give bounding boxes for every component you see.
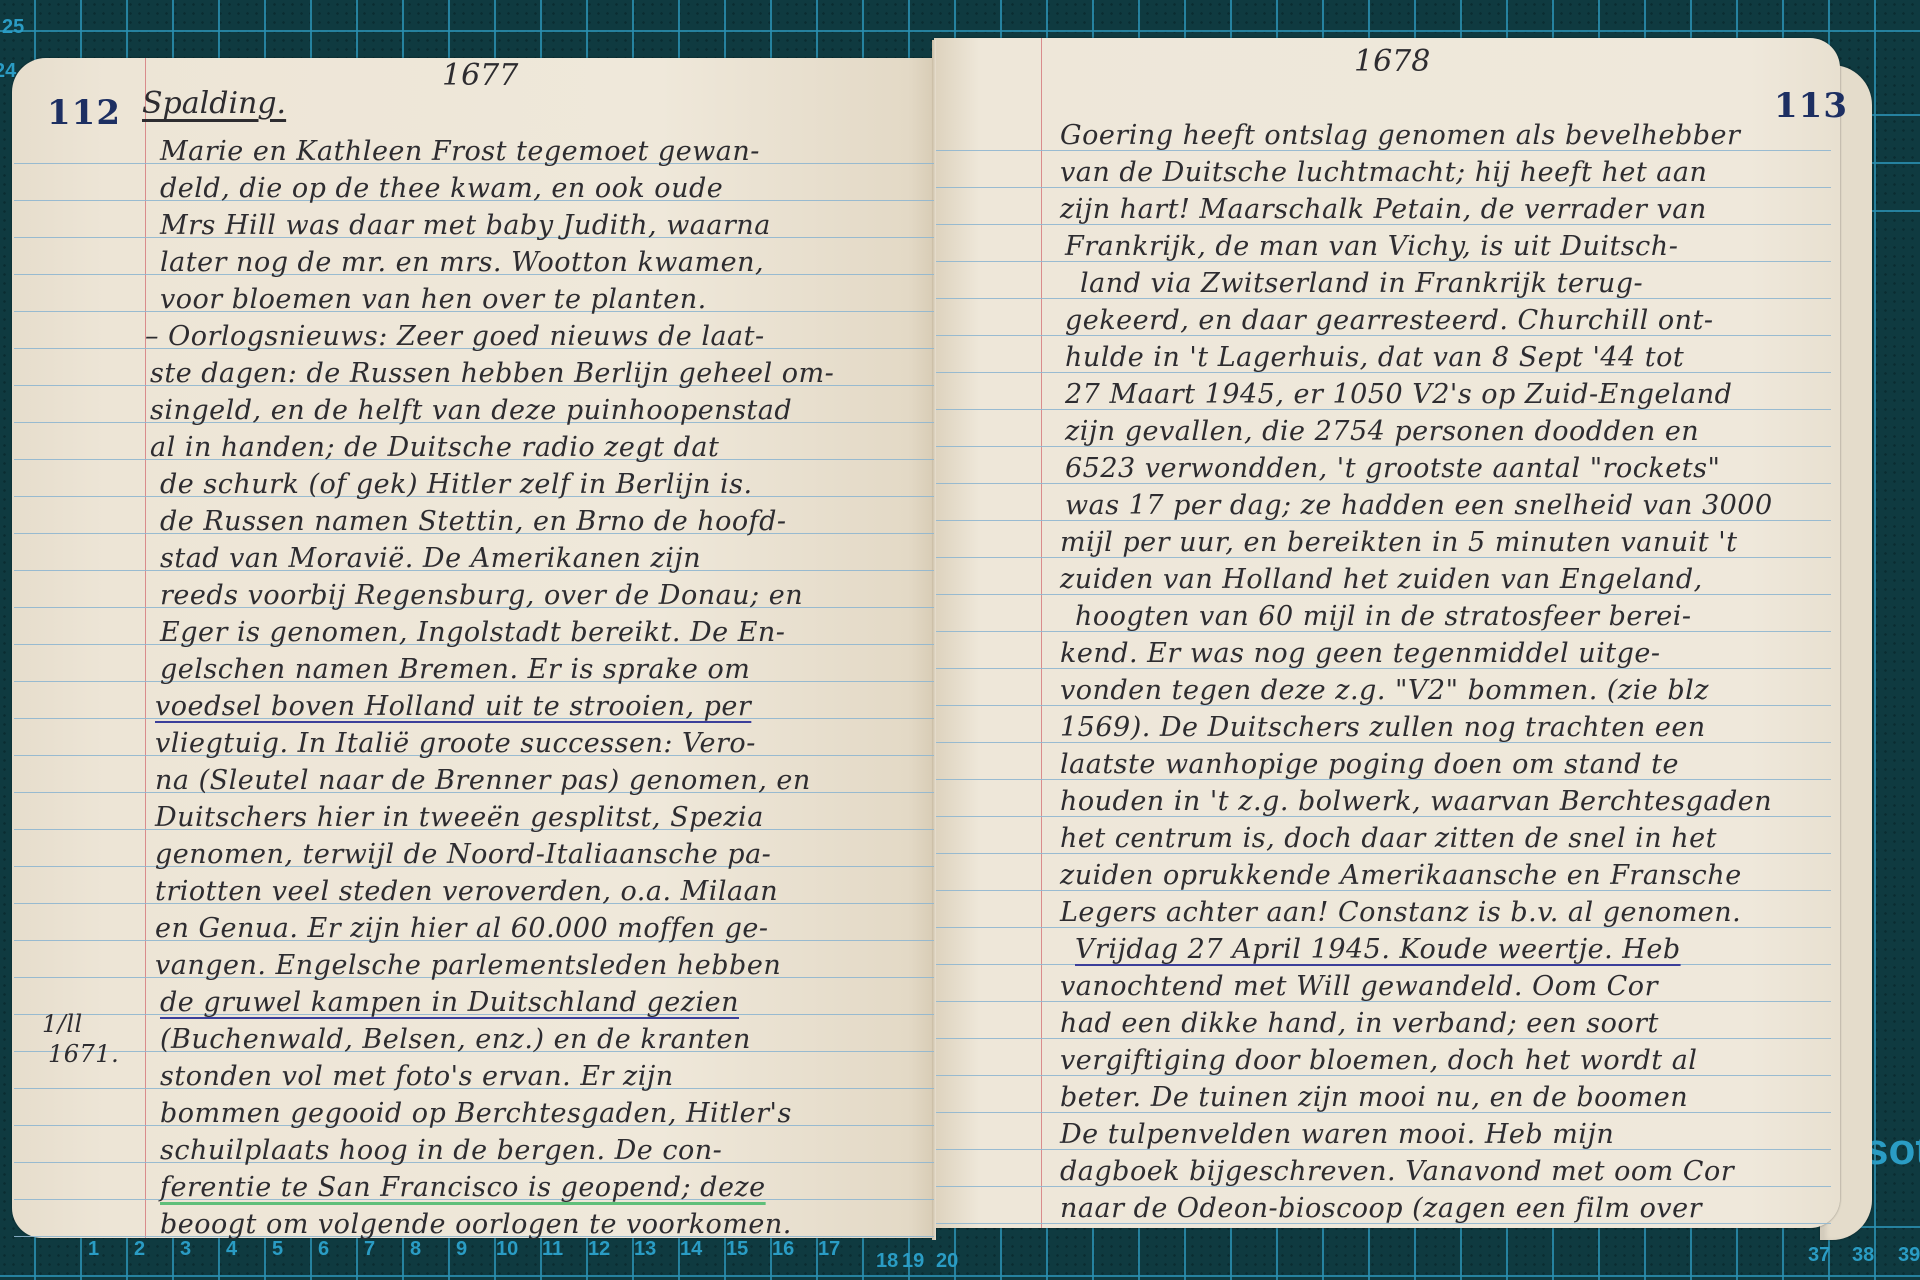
text-line: beoogt om volgende oorlogen te voorkomen… — [160, 1209, 792, 1240]
text-line: was 17 per dag; ze hadden een snelheid v… — [1065, 490, 1773, 521]
mat-grid-line — [1870, 210, 1920, 212]
page-number: 113 — [1774, 86, 1848, 126]
margin-note: 1671. — [48, 1040, 119, 1068]
mat-grid-line — [1874, 0, 1876, 1280]
folio-number: 1678 — [1354, 44, 1430, 79]
text-line: Marie en Kathleen Frost tegemoet gewan- — [160, 136, 760, 167]
ruler-label: 11 — [542, 1238, 563, 1261]
text-line: Legers achter aan! Constanz is b.v. al g… — [1060, 897, 1741, 928]
ruler-label: 13 — [634, 1238, 656, 1261]
text-line: dagboek bijgeschreven. Vanavond met oom … — [1060, 1156, 1734, 1187]
text-line: genomen, terwijl de Noord-Italiaansche p… — [155, 839, 771, 870]
text-line: vangen. Engelsche parlementsleden hebben — [155, 950, 781, 981]
text-line: Goering heeft ontslag genomen als bevelh… — [1060, 120, 1740, 151]
mat-grid-line — [1870, 114, 1920, 116]
mat-grid-line — [1860, 1226, 1920, 1228]
ruler-label: 37 — [1808, 1244, 1830, 1267]
text-line: en Genua. Er zijn hier al 60.000 moffen … — [155, 913, 768, 944]
text-line: vanochtend met Will gewandeld. Oom Cor — [1060, 971, 1658, 1002]
ruler-label: 1 — [88, 1238, 99, 1261]
text-line: zijn hart! Maarschalk Petain, de verrade… — [1060, 194, 1707, 225]
text-line: vergiftiging door bloemen, doch het word… — [1060, 1045, 1697, 1076]
text-line: mijl per uur, en bereikten in 5 minuten … — [1060, 527, 1738, 558]
text-line: zijn gevallen, die 2754 personen doodden… — [1065, 416, 1699, 447]
page-heading: Spalding. — [142, 86, 286, 121]
text-line: (Buchenwald, Belsen, enz.) en de kranten — [160, 1024, 751, 1055]
ruler-label: 39 — [1898, 1244, 1920, 1267]
margin-note: 1/ll — [42, 1010, 83, 1038]
text-line: zuiden oprukkende Amerikaansche en Frans… — [1060, 860, 1742, 891]
text-line: Duitschers hier in tweeën gesplitst, Spe… — [155, 802, 764, 833]
text-line: stonden vol met foto's ervan. Er zijn — [160, 1061, 674, 1092]
text-line: 27 Maart 1945, er 1050 V2's op Zuid-Enge… — [1065, 379, 1732, 410]
text-line: hulde in 't Lagerhuis, dat van 8 Sept '4… — [1065, 342, 1684, 373]
ruler-label: 19 — [902, 1250, 924, 1273]
text-line: singeld, en de helft van deze puinhoopen… — [150, 395, 792, 426]
text-line: ferentie te San Francisco is geopend; de… — [160, 1172, 766, 1203]
text-line: Frankrijk, de man van Vichy, is uit Duit… — [1065, 231, 1678, 262]
ruler-label: 4 — [226, 1238, 237, 1261]
page-number: 112 — [47, 93, 121, 133]
text-line: schuilplaats hoog in de bergen. De con- — [160, 1135, 722, 1166]
ruler-label: 6 — [318, 1238, 329, 1261]
text-line: zuiden van Holland het zuiden van Engela… — [1060, 564, 1703, 595]
margin-line — [145, 58, 146, 1238]
text-line: ste dagen: de Russen hebben Berlijn gehe… — [150, 358, 834, 389]
ruler-label: 9 — [456, 1238, 467, 1261]
ruler-label: 2 — [134, 1238, 145, 1261]
ruler-label: 15 — [726, 1238, 748, 1261]
ruler-label: 38 — [1852, 1244, 1874, 1267]
mat-grid-line — [1870, 162, 1920, 164]
text-line: land via Zwitserland in Frankrijk terug- — [1080, 268, 1643, 299]
text-line: vonden tegen deze z.g. "V2" bommen. (zie… — [1060, 675, 1709, 706]
text-line: kend. Er was nog geen tegenmiddel uitge- — [1060, 638, 1661, 669]
ruler-label: 12 — [588, 1238, 610, 1261]
text-line: al in handen; de Duitsche radio zegt dat — [150, 432, 719, 463]
text-line: de gruwel kampen in Duitschland gezien — [160, 987, 739, 1018]
book-spine — [932, 40, 936, 1240]
text-line: reeds voorbij Regensburg, over de Donau;… — [160, 580, 803, 611]
mat-brand-text: sot — [1864, 1125, 1920, 1175]
mat-grid-line — [0, 1275, 1920, 1277]
mat-grid-line — [0, 30, 1920, 32]
ruler-label: 14 — [680, 1238, 702, 1261]
margin-line — [1041, 38, 1042, 1228]
text-line: triotten veel steden veroverden, o.a. Mi… — [155, 876, 778, 907]
ruler-label: 20 — [936, 1250, 958, 1273]
text-line: – Oorlogsnieuws: Zeer goed nieuws de laa… — [145, 321, 765, 352]
ruler-label: 7 — [364, 1238, 375, 1261]
text-line: de schurk (of gek) Hitler zelf in Berlij… — [160, 469, 753, 500]
text-line: beter. De tuinen zijn mooi nu, en de boo… — [1060, 1082, 1688, 1113]
ruler-label: 17 — [818, 1238, 840, 1261]
text-line: gelschen namen Bremen. Er is sprake om — [160, 654, 750, 685]
text-line: later nog de mr. en mrs. Wootton kwamen, — [160, 247, 764, 278]
text-line: stad van Moravië. De Amerikanen zijn — [160, 543, 701, 574]
ruler-label: 18 — [876, 1250, 898, 1273]
ruler-label: 8 — [410, 1238, 421, 1261]
ruler-label: 25 — [2, 16, 24, 39]
text-line: Mrs Hill was daar met baby Judith, waarn… — [160, 210, 771, 241]
text-line: houden in 't z.g. bolwerk, waarvan Berch… — [1060, 786, 1772, 817]
text-line: gekeerd, en daar gearresteerd. Churchill… — [1065, 305, 1713, 336]
text-line: van de Duitsche luchtmacht; hij heeft he… — [1060, 157, 1707, 188]
ruler-label: 16 — [772, 1238, 794, 1261]
ruler-label: 3 — [180, 1238, 191, 1261]
text-line: de Russen namen Stettin, en Brno de hoof… — [160, 506, 787, 537]
ruler-label: 5 — [272, 1238, 283, 1261]
entry-date-line: Vrijdag 27 April 1945. Koude weertje. He… — [1075, 934, 1681, 965]
text-line: De tulpenvelden waren mooi. Heb mijn — [1060, 1119, 1614, 1150]
text-line: had een dikke hand, in verband; een soor… — [1060, 1008, 1659, 1039]
text-line: vliegtuig. In Italië groote successen: V… — [155, 728, 756, 759]
text-line: 6523 verwondden, 't grootste aantal "roc… — [1065, 453, 1720, 484]
text-line: na (Sleutel naar de Brenner pas) genomen… — [155, 765, 811, 796]
ruler-label: 10 — [496, 1238, 518, 1261]
text-line: voor bloemen van hen over te planten. — [160, 284, 707, 315]
text-line: Eger is genomen, Ingolstadt bereikt. De … — [160, 617, 785, 648]
text-line: voedsel boven Holland uit te strooien, p… — [155, 691, 751, 722]
folio-number: 1677 — [442, 58, 518, 93]
text-line: deld, die op de thee kwam, en ook oude — [160, 173, 723, 204]
text-line: het centrum is, doch daar zitten de snel… — [1060, 823, 1717, 854]
text-line: 1569). De Duitschers zullen nog trachten… — [1060, 712, 1706, 743]
text-line: laatste wanhopige poging doen om stand t… — [1060, 749, 1679, 780]
text-line: bommen gegooid op Berchtesgaden, Hitler'… — [160, 1098, 792, 1129]
text-line: hoogten van 60 mijl in de stratosfeer be… — [1075, 601, 1692, 632]
text-line: naar de Odeon-bioscoop (zagen een film o… — [1060, 1193, 1702, 1224]
